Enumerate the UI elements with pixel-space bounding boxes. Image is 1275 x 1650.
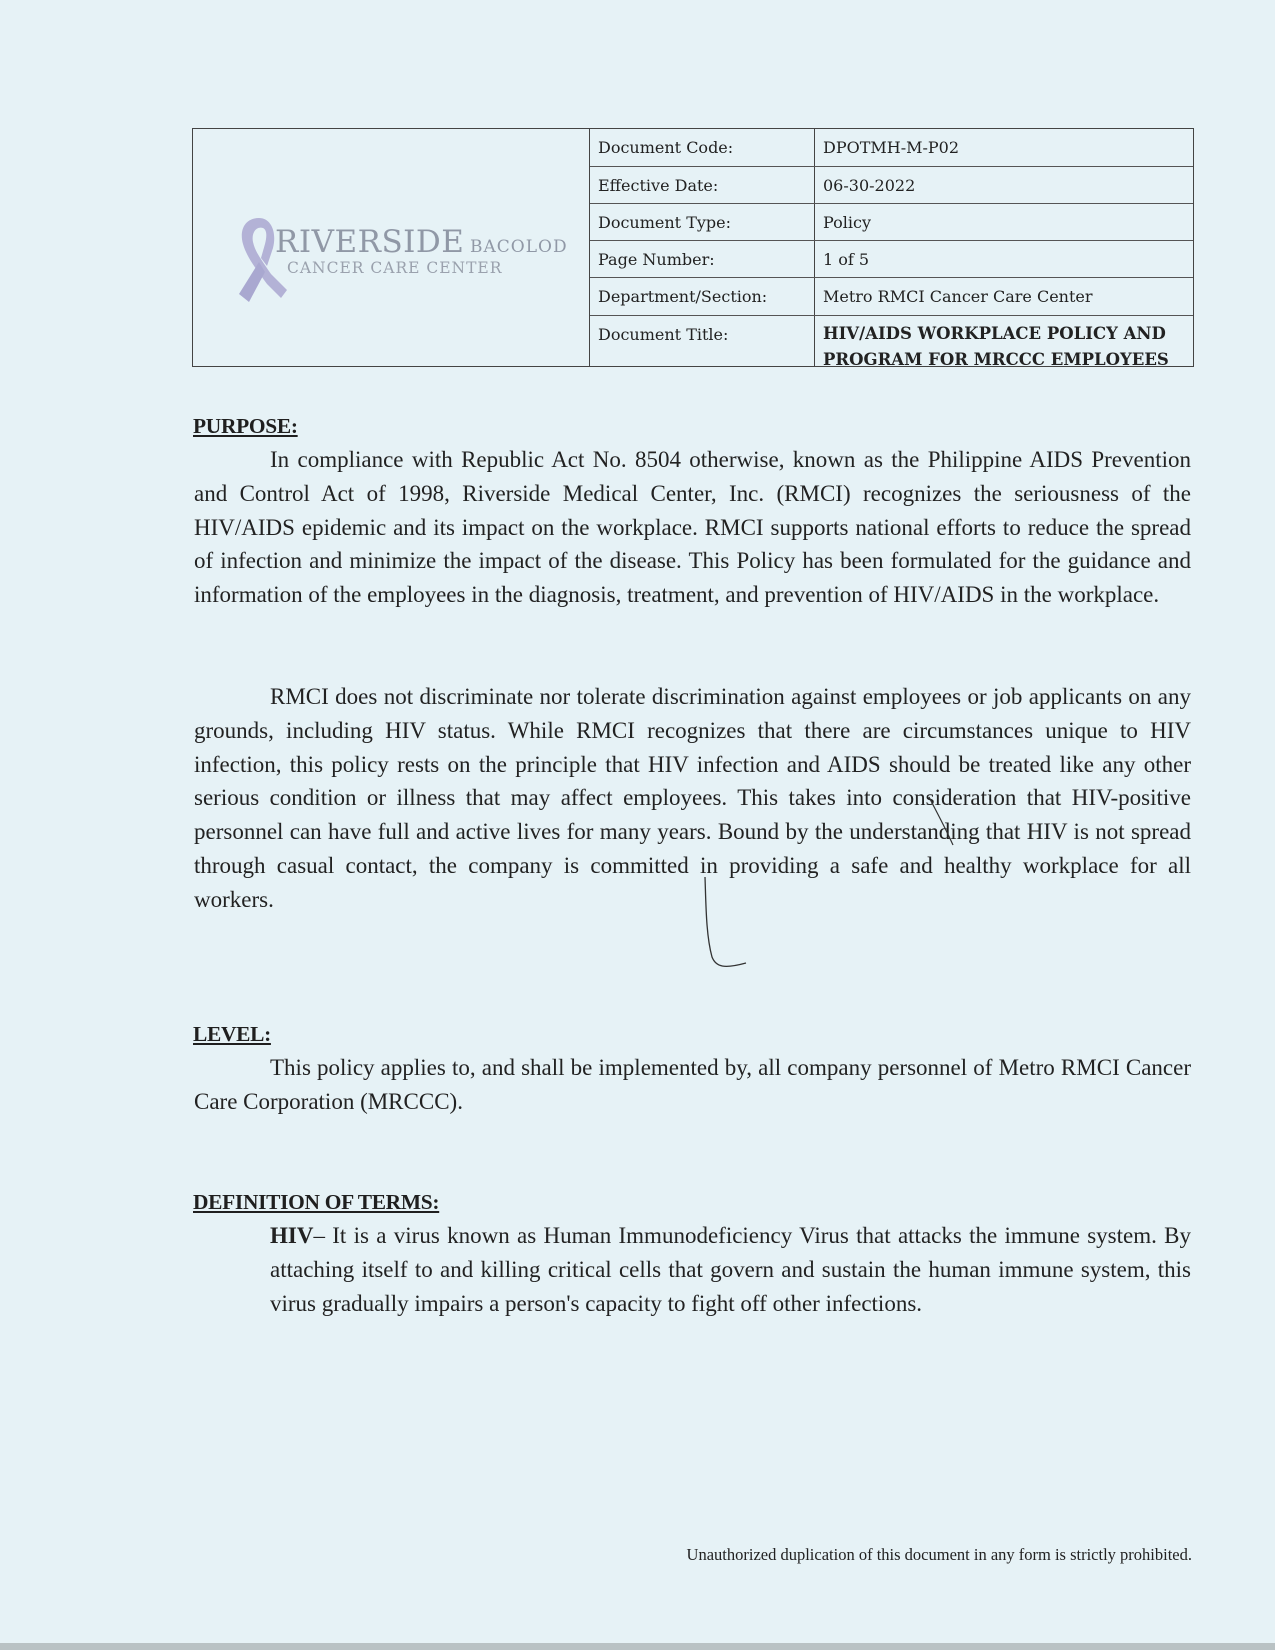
meta-row-effective-date: Effective Date: 06-30-2022 (590, 166, 1193, 204)
meta-label: Document Type: (590, 204, 815, 241)
meta-value: 06-30-2022 (815, 167, 1193, 204)
meta-label: Document Title: (590, 316, 815, 366)
document-header-table: RIVERSIDE BACOLOD CANCER CARE CENTER Doc… (192, 128, 1194, 367)
meta-label: Document Code: (590, 129, 815, 166)
meta-value: Policy (815, 204, 1193, 241)
meta-row-document-type: Document Type: Policy (590, 203, 1193, 241)
document-title: HIV/AIDS WORKPLACE POLICY AND PROGRAM FO… (815, 316, 1193, 366)
definition-hiv: HIV– It is a virus known as Human Immuno… (270, 1219, 1191, 1320)
level-paragraph: This policy applies to, and shall be imp… (194, 1051, 1191, 1119)
footer-notice: Unauthorized duplication of this documen… (687, 1545, 1192, 1565)
meta-row-department: Department/Section: Metro RMCI Cancer Ca… (590, 277, 1193, 316)
riverside-logo: RIVERSIDE BACOLOD CANCER CARE CENTER (229, 214, 569, 304)
metadata-rows: Document Code: DPOTMH-M-P02 Effective Da… (590, 129, 1193, 366)
logo-tagline: CANCER CARE CENTER (287, 259, 502, 277)
purpose-paragraph-2: RMCI does not discriminate nor tolerate … (194, 680, 1191, 917)
meta-label: Page Number: (590, 241, 815, 278)
meta-row-page-number: Page Number: 1 of 5 (590, 240, 1193, 278)
meta-value: Metro RMCI Cancer Care Center (815, 278, 1193, 316)
meta-row-document-title: Document Title: HIV/AIDS WORKPLACE POLIC… (590, 315, 1193, 366)
meta-value: 1 of 5 (815, 241, 1193, 278)
definition-text: It is a virus known as Human Immunodefic… (270, 1223, 1191, 1316)
logo-name-secondary: BACOLOD (470, 237, 568, 257)
meta-label: Department/Section: (590, 278, 815, 316)
logo-cell: RIVERSIDE BACOLOD CANCER CARE CENTER (193, 129, 590, 366)
purpose-heading: PURPOSE: (193, 414, 298, 439)
purpose-paragraph-1: In compliance with Republic Act No. 8504… (194, 443, 1191, 612)
meta-value: DPOTMH-M-P02 (815, 129, 1193, 166)
definition-term: HIV (270, 1223, 313, 1248)
level-heading: LEVEL: (193, 1022, 271, 1047)
meta-label: Effective Date: (590, 167, 815, 204)
definition-separator: – (313, 1223, 332, 1248)
definitions-heading: DEFINITION OF TERMS: (193, 1190, 439, 1215)
document-page: RIVERSIDE BACOLOD CANCER CARE CENTER Doc… (0, 0, 1275, 1643)
logo-name-primary: RIVERSIDE (275, 224, 464, 260)
meta-row-document-code: Document Code: DPOTMH-M-P02 (590, 129, 1193, 166)
